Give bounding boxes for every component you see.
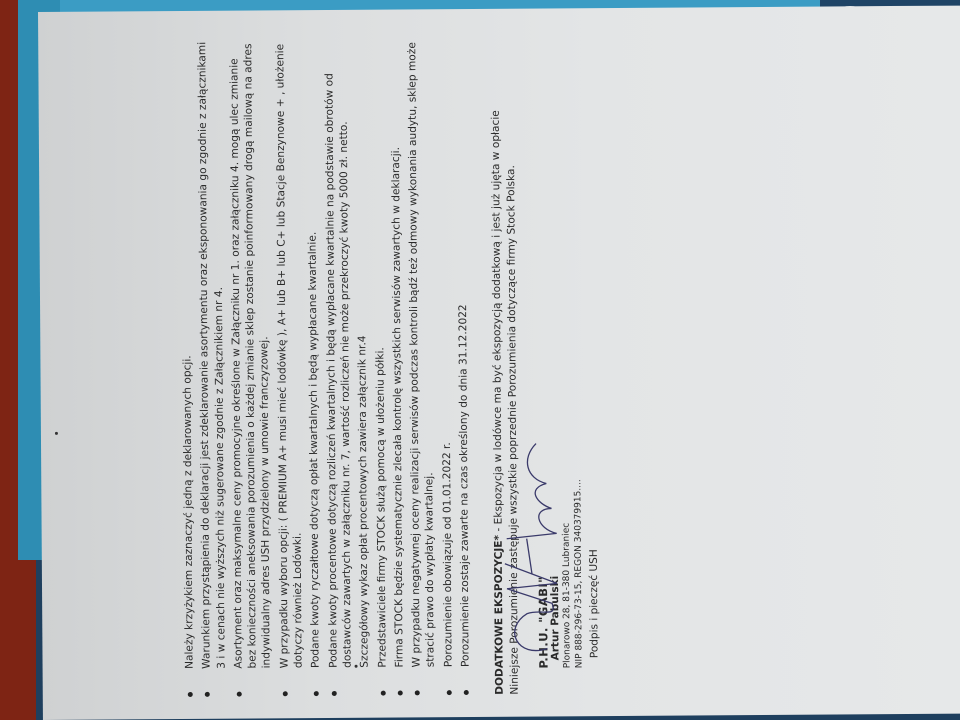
list-item: W przypadku wyboru opcji: ( PREMIUM A+ m…	[273, 40, 306, 700]
list-item-text: Należy krzyżykiem zaznaczyć jedną z dekl…	[181, 355, 195, 669]
signature-label: Podpis i pieczęć USH	[584, 38, 600, 668]
bullet-icon	[205, 692, 210, 697]
list-item-text: Warunkiem przystąpienia do deklaracji je…	[197, 42, 228, 669]
list-item: Szczegółowy wykaz opłat procentowych zaw…	[353, 40, 372, 700]
list-item-text: Asortyment oraz maksymalne ceny promocyj…	[228, 43, 273, 668]
list-item-text: Porozumienie zostaje zawarte na czas okr…	[457, 304, 472, 667]
bullet-icon	[464, 690, 469, 695]
extra-exposure-text: - Ekspozycja w lodówce ma być ekspozycją…	[490, 110, 505, 535]
bullet-icon	[283, 691, 288, 696]
list-item: Firma STOCK będzie systematycznie zlecał…	[388, 39, 407, 699]
list-item: Asortyment oraz maksymalne ceny promocyj…	[227, 40, 274, 700]
terms-list: Należy krzyżykiem zaznaczyć jedną z dekl…	[178, 39, 473, 701]
list-item: Porozumienie zostaje zawarte na czas okr…	[454, 39, 473, 699]
extra-exposure-heading: DODATKOWE EKSPOZYCJE*	[493, 535, 506, 695]
bullet-icon	[415, 690, 420, 695]
list-item: Przedstawiciele firmy STOCK służą pomocą…	[371, 40, 390, 700]
bullet-icon	[237, 692, 242, 697]
list-item-text: W przypadku wyboru opcji: ( PREMIUM A+ m…	[274, 44, 305, 668]
list-item-text: W przypadku negatywnej oceny realizacji …	[406, 42, 437, 667]
document-page: Należy krzyżykiem zaznaczyć jedną z dekl…	[38, 6, 960, 720]
list-item-text: Firma STOCK będzie systematycznie zlecał…	[390, 147, 406, 668]
bullet-icon	[331, 691, 336, 696]
bullet-icon	[314, 691, 319, 696]
bullet-icon	[398, 690, 403, 695]
bullet-icon	[188, 692, 193, 697]
list-item-text: Szczegółowy wykaz opłat procentowych zaw…	[357, 335, 371, 667]
bullet-icon	[446, 690, 451, 695]
list-item-text: Podane kwoty ryczałtowe dotyczą opłat kw…	[307, 232, 322, 668]
list-item: Porozumienie obowiązuje od 01.01.2022 r.	[437, 39, 456, 699]
extra-exposure-section: DODATKOWE EKSPOZYCJE* - Ekspozycja w lod…	[489, 39, 522, 699]
rotated-text-block: Należy krzyżykiem zaznaczyć jedną z dekl…	[178, 38, 601, 701]
bullet-icon	[380, 691, 385, 696]
list-item: Warunkiem przystąpienia do deklaracji je…	[196, 41, 229, 701]
list-item: Podane kwoty ryczałtowe dotyczą opłat kw…	[305, 40, 324, 700]
list-item-text: Porozumienie obowiązuje od 01.01.2022 r.	[441, 442, 455, 667]
list-item: Należy krzyżykiem zaznaczyć jedną z dekl…	[178, 41, 197, 701]
list-item-text: Przedstawiciele firmy STOCK służą pomocą…	[374, 347, 388, 667]
list-item-text: Podane kwoty procentowe dotyczą rozlicze…	[323, 73, 353, 668]
company-stamp: P.H.U. "GABI" Artur Pabulski Plonarowo 2…	[533, 38, 601, 698]
stray-mark	[55, 432, 58, 435]
list-item: Podane kwoty procentowe dotyczą rozlicze…	[322, 40, 355, 700]
list-item: W przypadku negatywnej oceny realizacji …	[405, 39, 438, 699]
